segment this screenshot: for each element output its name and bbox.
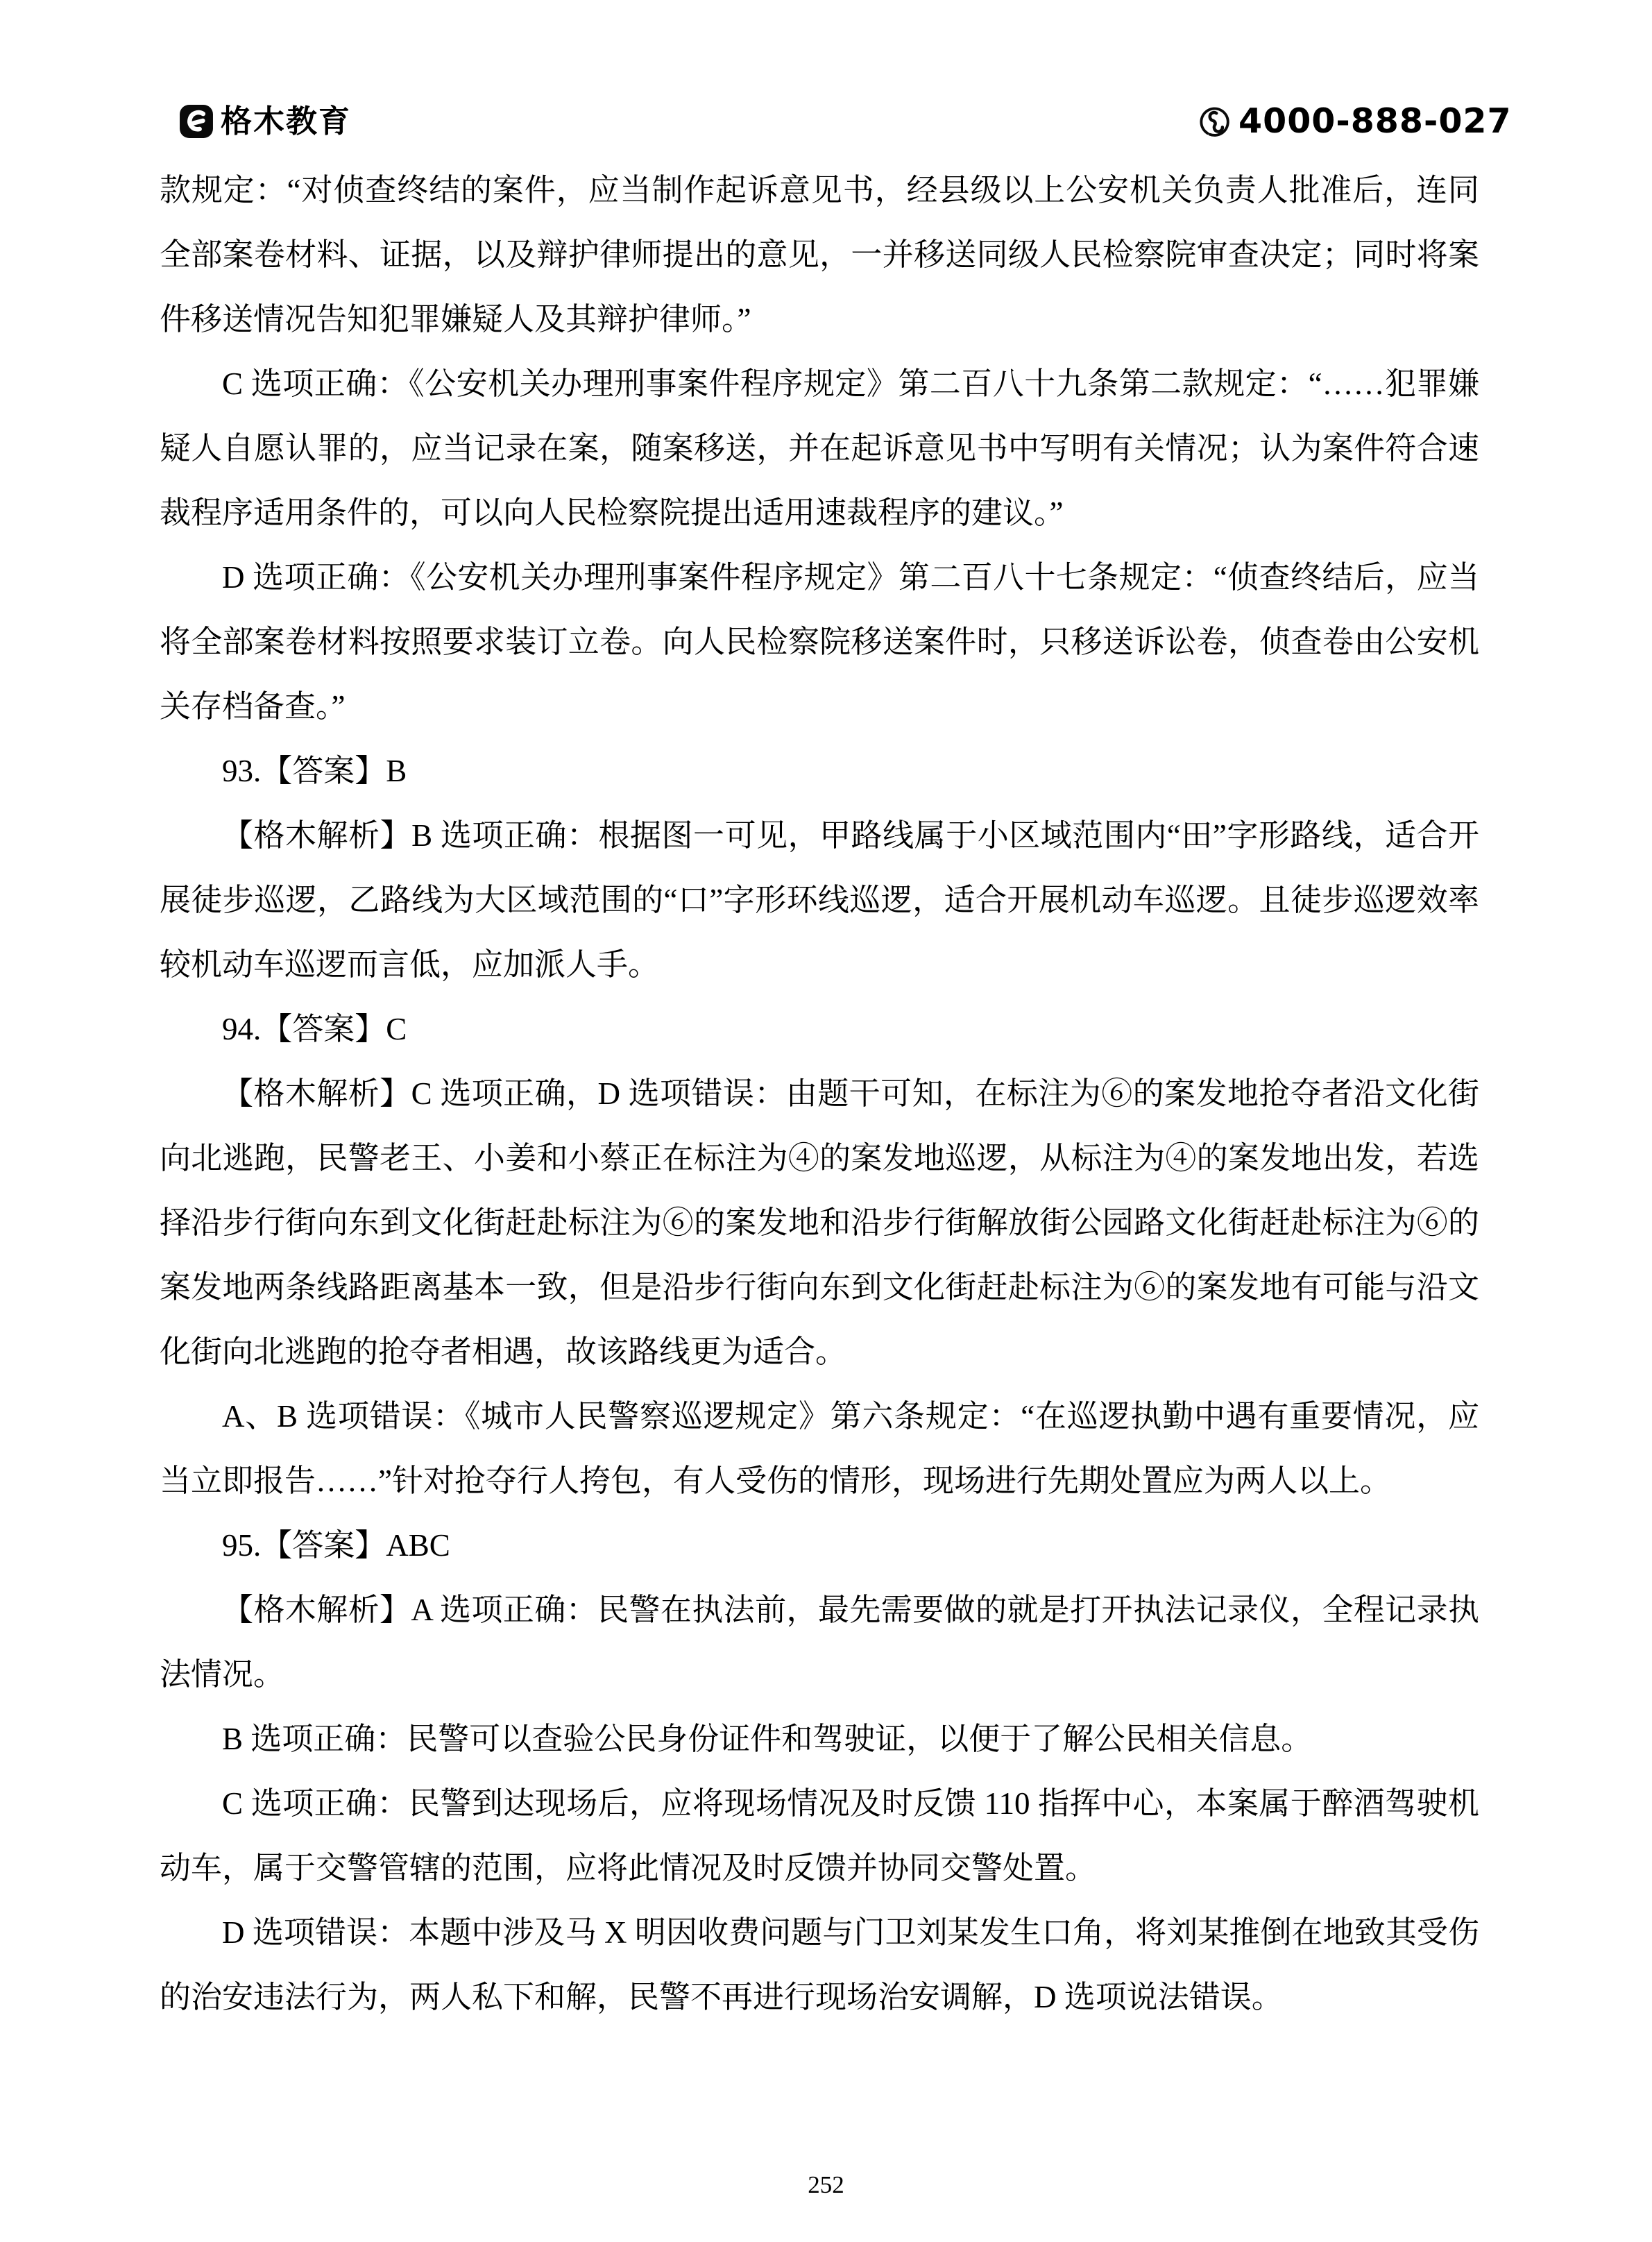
paragraph: C 选项正确：民警到达现场后，应将现场情况及时反馈 110 指挥中心，本案属于醉… <box>160 1772 1479 1901</box>
phone-icon <box>1198 105 1230 138</box>
paragraph: 95.【答案】ABC <box>160 1513 1479 1578</box>
document-body: 款规定：“对侦查终结的案件，应当制作起诉意见书，经县级以上公安机关负责人批准后，… <box>160 158 1479 2030</box>
paragraph: D 选项正确：《公安机关办理刑事案件程序规定》第二百八十七条规定：“侦查终结后，… <box>160 545 1479 739</box>
phone-contact: 4000-888-027 <box>1198 104 1512 139</box>
paragraph: 93.【答案】B <box>160 739 1479 804</box>
paragraph: 【格木解析】B 选项正确：根据图一可见，甲路线属于小区域范围内“田”字形路线，适… <box>160 804 1479 997</box>
paragraph: A、B 选项错误：《城市人民警察巡逻规定》第六条规定：“在巡逻执勤中遇有重要情况… <box>160 1384 1479 1513</box>
brand-name: 格木教育 <box>221 104 351 139</box>
page-number: 252 <box>808 2171 844 2198</box>
paragraph: 【格木解析】A 选项正确：民警在执法前，最先需要做的就是打开执法记录仪，全程记录… <box>160 1578 1479 1707</box>
gemu-logo-icon <box>179 104 214 139</box>
brand-logo: 格木教育 <box>179 104 351 139</box>
phone-number: 4000-888-027 <box>1238 104 1512 139</box>
paragraph: B 选项正确：民警可以查验公民身份证件和驾驶证，以便于了解公民相关信息。 <box>160 1707 1479 1772</box>
paragraph: D 选项错误：本题中涉及马 X 明因收费问题与门卫刘某发生口角，将刘某推倒在地致… <box>160 1901 1479 2030</box>
paragraph: 94.【答案】C <box>160 997 1479 1062</box>
paragraph: C 选项正确：《公安机关办理刑事案件程序规定》第二百八十九条第二款规定：“……犯… <box>160 352 1479 545</box>
page-footer: 252 <box>0 2169 1652 2200</box>
paragraph: 款规定：“对侦查终结的案件，应当制作起诉意见书，经县级以上公安机关负责人批准后，… <box>160 158 1479 352</box>
page-header: 格木教育 4000-888-027 <box>0 0 1652 160</box>
paragraph: 【格木解析】C 选项正确，D 选项错误：由题干可知，在标注为⑥的案发地抢夺者沿文… <box>160 1062 1479 1384</box>
